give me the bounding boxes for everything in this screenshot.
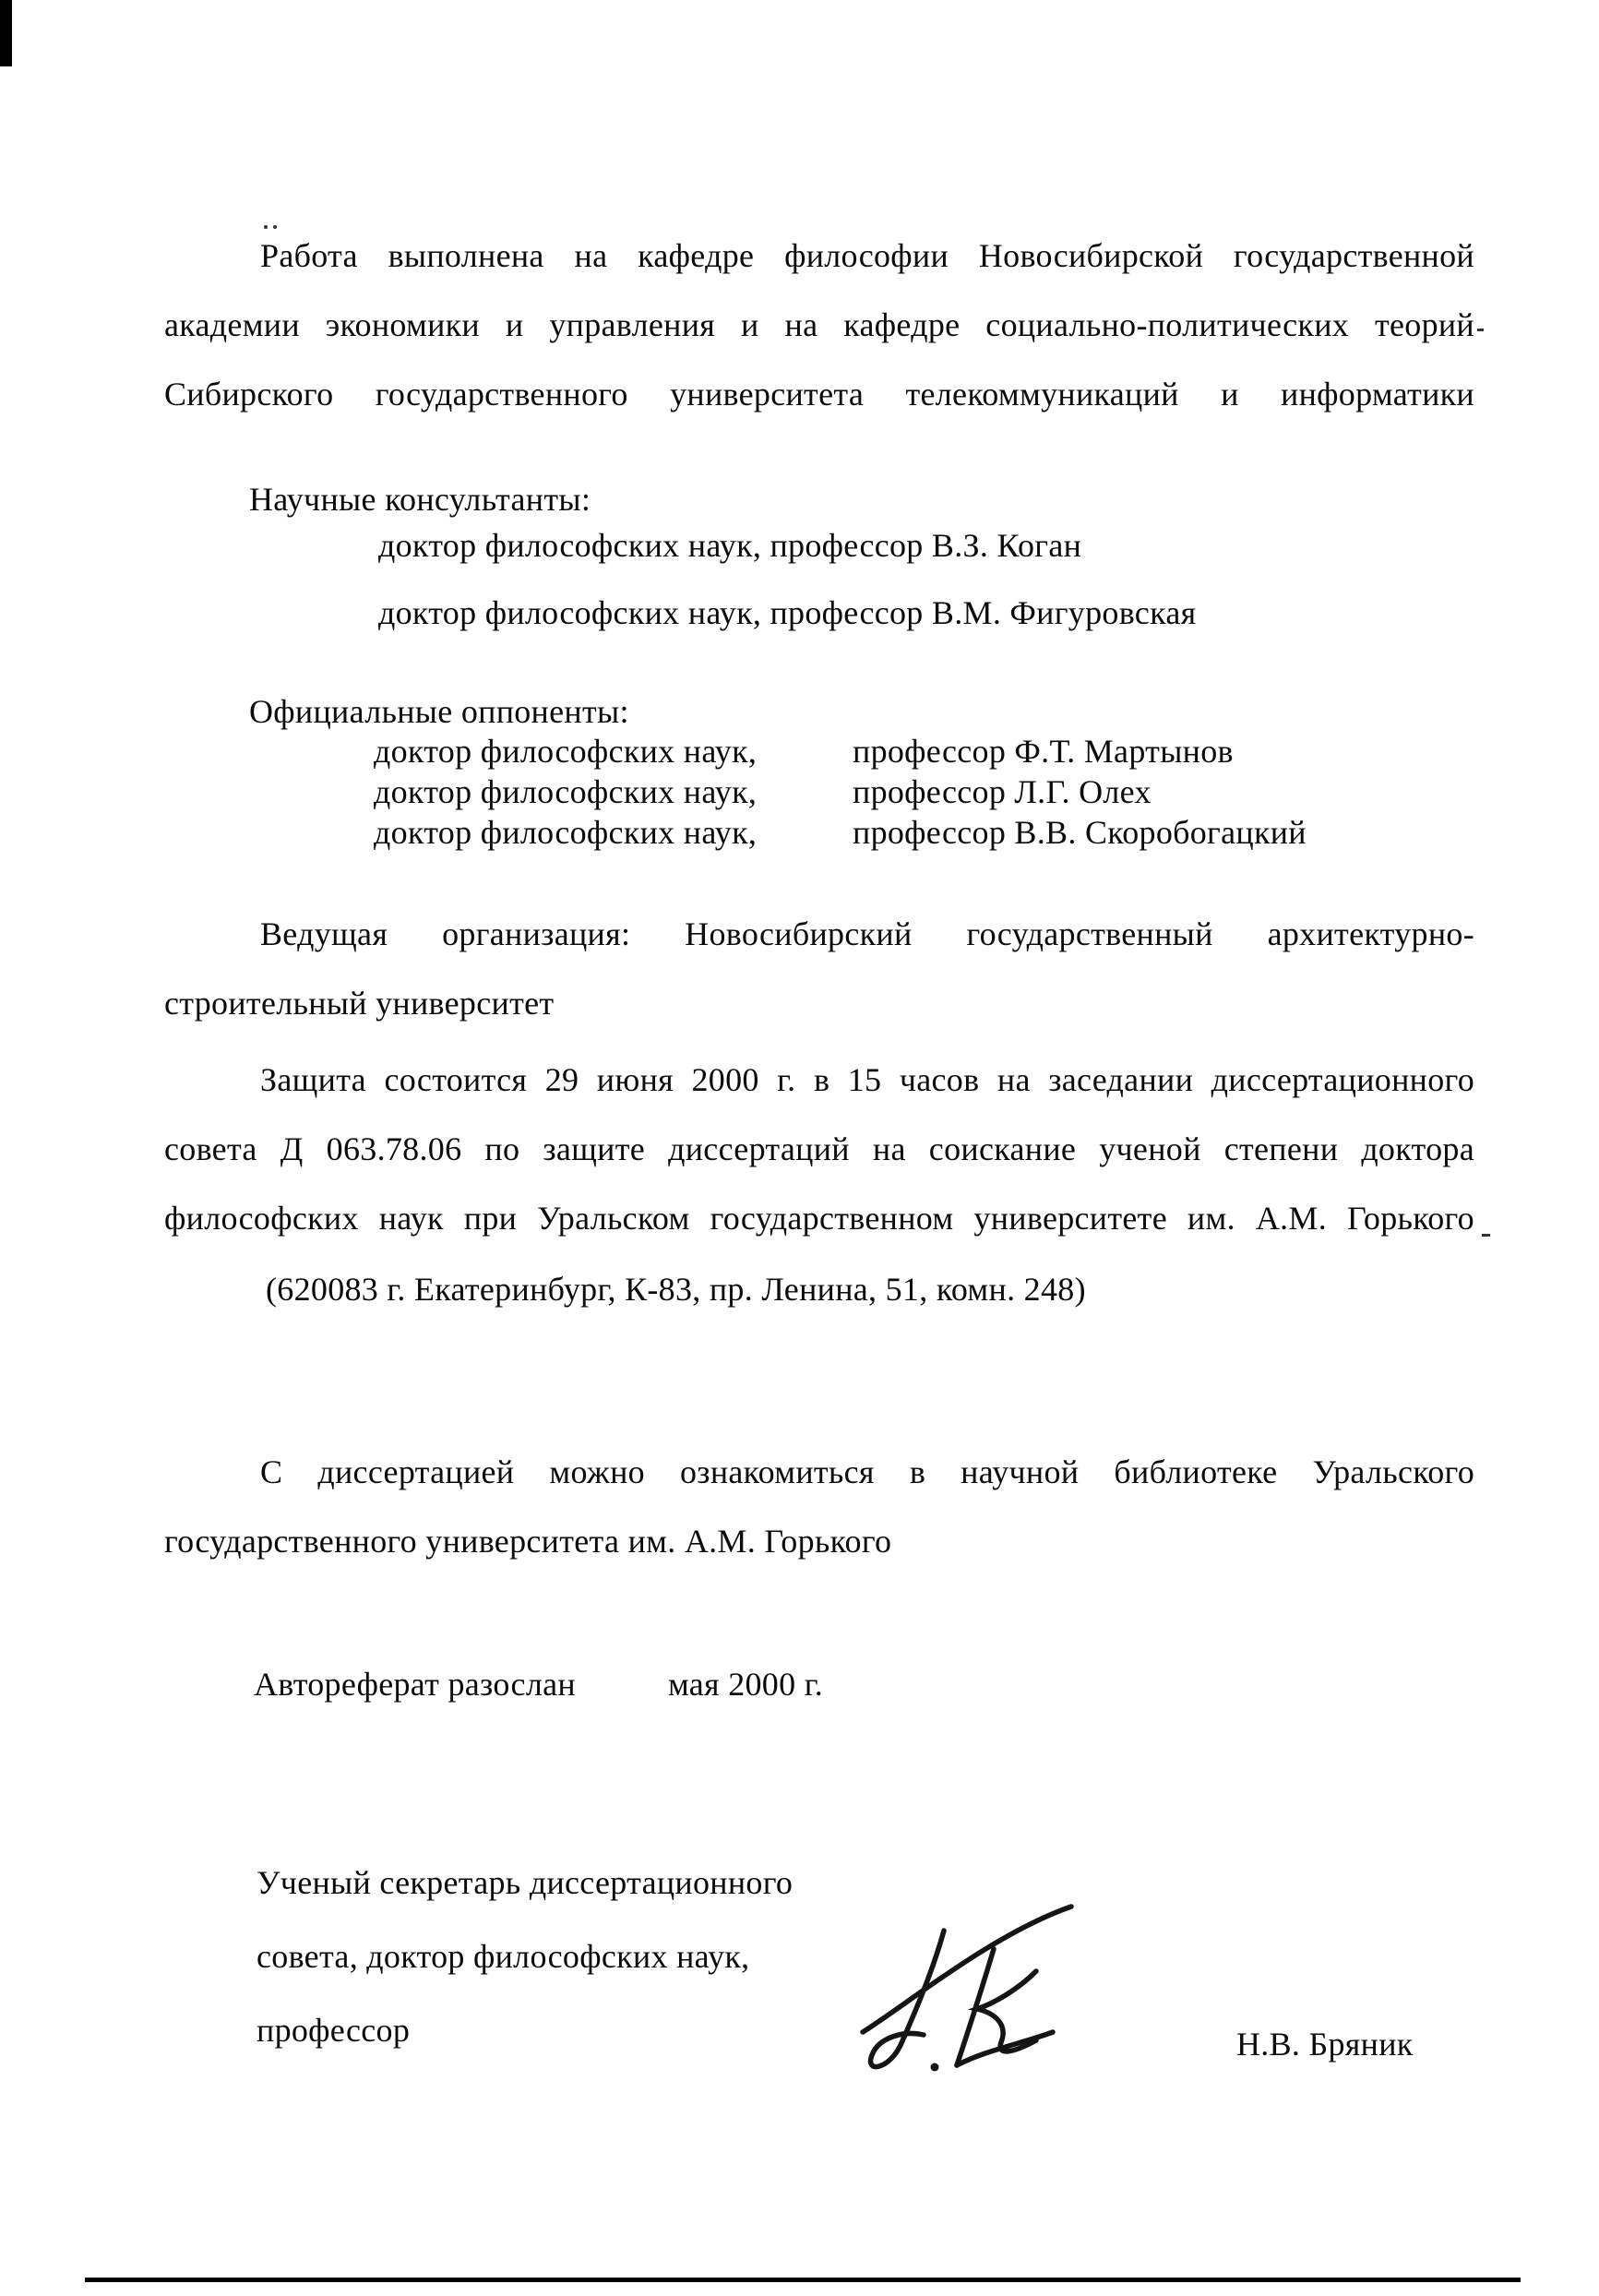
opponent-degree: доктор философских наук, xyxy=(374,731,853,771)
secretary-name: Н.В. Бряник xyxy=(1236,2010,1414,2079)
scan-artifact-corner-bar xyxy=(0,0,12,66)
text-line: государственного университета им. А.М. Г… xyxy=(164,1507,1474,1576)
scan-speck xyxy=(1482,1234,1490,1237)
text-line: С диссертацией можно ознакомиться в науч… xyxy=(164,1438,1474,1507)
consultants-list: доктор философских наук, профессор В.З. … xyxy=(378,512,1196,647)
secretary-title: Ученый секретарь диссертационного совета… xyxy=(257,1846,793,2067)
leading-organization: Ведущая организация: Новосибирский госуд… xyxy=(164,900,1474,1038)
opponent-row: доктор философских наук,профессор Л.Г. О… xyxy=(374,771,1307,812)
text-line: академии экономики и управления и на каф… xyxy=(164,291,1474,360)
signature xyxy=(853,1892,1093,2095)
opponents-list: доктор философских наук,профессор Ф.Т. М… xyxy=(374,731,1307,853)
mailed-date: мая 2000 г. xyxy=(668,1666,823,1703)
text-line: Защита состоится 29 июня 2000 г. в 15 ча… xyxy=(164,1046,1474,1115)
opponent-degree: доктор философских наук, xyxy=(374,812,853,853)
text-line: профессор xyxy=(257,1993,793,2067)
opponent-degree: доктор философских наук, xyxy=(374,771,853,812)
text-line: Ведущая организация: Новосибирский госуд… xyxy=(164,900,1474,969)
text-line: философских наук при Уральском государст… xyxy=(164,1184,1474,1253)
opponent-name: профессор Ф.Т. Мартынов xyxy=(853,733,1234,770)
defense-info: Защита состоится 29 июня 2000 г. в 15 ча… xyxy=(164,1046,1474,1253)
scanned-document-page: Работа выполнена на кафедре философии Но… xyxy=(0,0,1599,2296)
signature-icon xyxy=(853,1892,1093,2090)
scan-speck xyxy=(1477,329,1484,331)
abstract-mailed: Автореферат разосланмая 2000 г. xyxy=(254,1650,823,1719)
opponent-name: профессор Л.Г. Олех xyxy=(853,773,1152,810)
defense-address: (620083 г. Екатеринбург, К-83, пр. Ленин… xyxy=(266,1255,1086,1324)
text-line: Сибирского государственного университета… xyxy=(164,360,1474,429)
consultant-item: доктор философских наук, профессор В.М. … xyxy=(378,580,1196,647)
text-line: строительный университет xyxy=(164,969,1474,1038)
text-line: (620083 г. Екатеринбург, К-83, пр. Ленин… xyxy=(266,1255,1086,1324)
opponent-row: доктор философских наук,профессор В.В. С… xyxy=(374,812,1307,853)
mailed-prefix: Автореферат разослан xyxy=(254,1666,576,1703)
text-line: совета Д 063.78.06 по защите диссертаций… xyxy=(164,1115,1474,1184)
text-line: Ученый секретарь диссертационного xyxy=(257,1846,793,1919)
text-line: совета, доктор философских наук, xyxy=(257,1919,793,1993)
library-info: С диссертацией можно ознакомиться в науч… xyxy=(164,1438,1474,1576)
opponent-row: доктор философских наук,профессор Ф.Т. М… xyxy=(374,731,1307,771)
scan-artifact-bottom-line xyxy=(85,2278,1521,2282)
signature-dot xyxy=(931,2063,939,2072)
consultant-item: доктор философских наук, профессор В.З. … xyxy=(378,512,1196,580)
opponent-name: профессор В.В. Скоробогацкий xyxy=(853,814,1307,851)
text-line: Работа выполнена на кафедре философии Но… xyxy=(164,221,1474,291)
paragraph-work-performed: Работа выполнена на кафедре философии Но… xyxy=(164,221,1474,429)
